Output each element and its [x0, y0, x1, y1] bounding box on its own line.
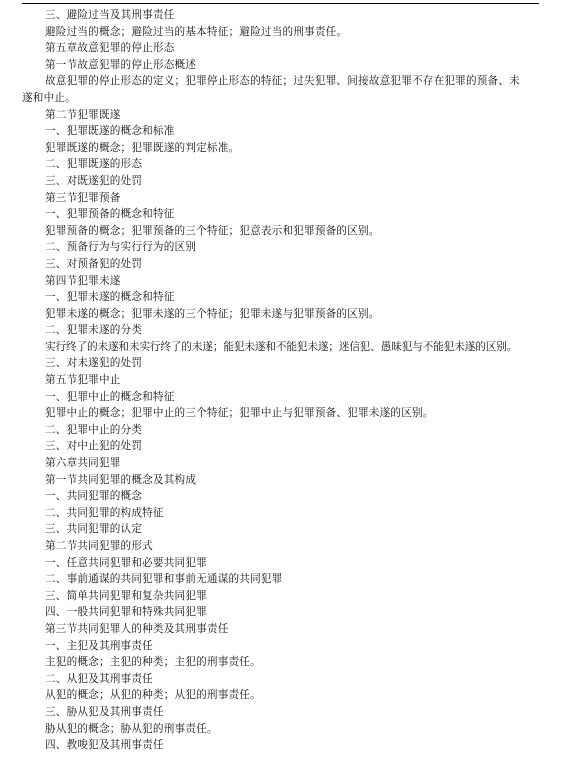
subsection-heading: 三、对预备犯的处罚 [22, 256, 542, 273]
subsection-heading: 二、预备行为与实行行为的区别 [22, 239, 542, 256]
subsection-heading: 二、犯罪未遂的分类 [22, 322, 542, 339]
header-rule [22, 3, 539, 4]
paragraph: 实行终了的未遂和未实行终了的未遂；能犯未遂和不能犯未遂；迷信犯、愚昧犯与不能犯未… [22, 339, 542, 356]
subsection-heading: 二、事前通谋的共同犯罪和事前无通谋的共同犯罪 [22, 571, 542, 588]
paragraph: 犯罪未遂的概念；犯罪未遂的三个特征；犯罪未遂与犯罪预备的区别。 [22, 306, 542, 323]
subsection-heading: 三、共同犯罪的认定 [22, 521, 542, 538]
paragraph: 犯罪中止的概念；犯罪中止的三个特征；犯罪中止与犯罪预备、犯罪未遂的区别。 [22, 405, 542, 422]
document-page: 三、避险过当及其刑事责任 避险过当的概念；避险过当的基本特征；避险过当的刑事责任… [22, 7, 542, 754]
paragraph: 从犯的概念；从犯的种类；从犯的刑事责任。 [22, 687, 542, 704]
subsection-heading: 一、主犯及其刑事责任 [22, 638, 542, 655]
subsection-heading: 二、从犯及其刑事责任 [22, 671, 542, 688]
subsection-heading: 一、犯罪预备的概念和特征 [22, 206, 542, 223]
paragraph-continuation: 遂和中止。 [22, 90, 542, 107]
subsection-heading: 三、简单共同犯罪和复杂共同犯罪 [22, 588, 542, 605]
chapter-heading: 第六章共同犯罪 [22, 455, 542, 472]
paragraph: 犯罪预备的概念；犯罪预备的三个特征；犯意表示和犯罪预备的区别。 [22, 223, 542, 240]
subsection-heading: 三、胁从犯及其刑事责任 [22, 704, 542, 721]
subsection-heading: 一、犯罪既遂的概念和标准 [22, 123, 542, 140]
subsection-heading: 四、一般共同犯罪和特殊共同犯罪 [22, 604, 542, 621]
paragraph: 主犯的概念；主犯的种类；主犯的刑事责任。 [22, 654, 542, 671]
subsection-heading: 一、犯罪未遂的概念和特征 [22, 289, 542, 306]
subsection-heading: 三、对未遂犯的处罚 [22, 355, 542, 372]
section-heading: 三、避险过当及其刑事责任 [22, 7, 542, 24]
paragraph: 胁从犯的概念；胁从犯的刑事责任。 [22, 721, 542, 738]
subsection-heading: 三、对中止犯的处罚 [22, 438, 542, 455]
subsection-heading: 一、任意共同犯罪和必要共同犯罪 [22, 555, 542, 572]
subsection-heading: 四、教唆犯及其刑事责任 [22, 737, 542, 754]
subsection-heading: 三、对既遂犯的处罚 [22, 173, 542, 190]
subsection-heading: 二、犯罪既遂的形态 [22, 156, 542, 173]
paragraph: 故意犯罪的停止形态的定义；犯罪停止形态的特征；过失犯罪、间接故意犯罪不存在犯罪的… [22, 73, 542, 90]
subsection-heading: 一、共同犯罪的概念 [22, 488, 542, 505]
section-heading: 第一节共同犯罪的概念及其构成 [22, 472, 542, 489]
section-heading: 第二节犯罪既遂 [22, 107, 542, 124]
paragraph: 避险过当的概念；避险过当的基本特征；避险过当的刑事责任。 [22, 24, 542, 41]
section-heading: 第三节犯罪预备 [22, 190, 542, 207]
section-heading: 第四节犯罪未遂 [22, 273, 542, 290]
section-heading: 第三节共同犯罪人的种类及其刑事责任 [22, 621, 542, 638]
subsection-heading: 二、犯罪中止的分类 [22, 422, 542, 439]
section-heading: 第一节故意犯罪的停止形态概述 [22, 57, 542, 74]
paragraph: 犯罪既遂的概念；犯罪既遂的判定标准。 [22, 140, 542, 157]
subsection-heading: 二、共同犯罪的构成特征 [22, 505, 542, 522]
chapter-heading: 第五章故意犯罪的停止形态 [22, 40, 542, 57]
subsection-heading: 一、犯罪中止的概念和特征 [22, 389, 542, 406]
section-heading: 第五节犯罪中止 [22, 372, 542, 389]
section-heading: 第二节共同犯罪的形式 [22, 538, 542, 555]
